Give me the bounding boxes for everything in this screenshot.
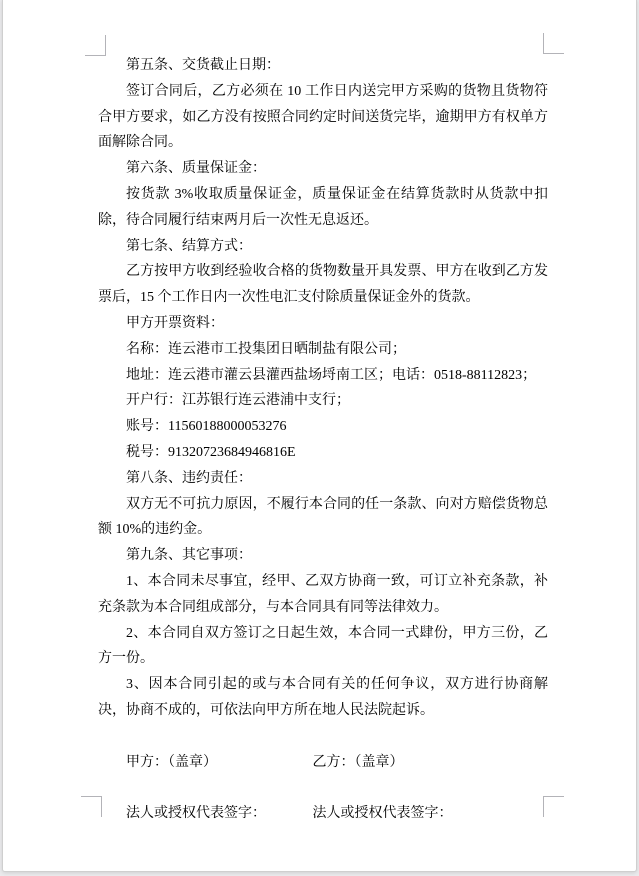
invoice-bank: 开户行：江苏银行连云港浦中支行； <box>98 388 548 414</box>
article-8-body: 双方无不可抗力原因，不履行本合同的任一条款、向对方赔偿货物总额 10%的违约金。 <box>98 492 548 544</box>
article-6-body: 按货款 3%收取质量保证金，质量保证金在结算货款时从货款中扣除，待合同履行结束两… <box>98 182 548 234</box>
contract-body: 第五条、交货截止日期： 签订合同后，乙方必须在 10 工作日内送完甲方采购的货物… <box>98 53 548 827</box>
article-9-item-1: 1、本合同未尽事宜，经甲、乙双方协商一致，可订立补充条款，补充条款为本合同组成部… <box>98 569 548 621</box>
invoice-account-number: 账号：11560188000053276 <box>98 414 548 440</box>
article-9-item-3: 3、因本合同引起的或与本合同有关的任何争议，双方进行协商解决，协商不成的，可依法… <box>98 672 548 724</box>
invoice-info-heading: 甲方开票资料： <box>98 311 548 337</box>
invoice-company-name: 名称：连云港市工投集团日晒制盐有限公司； <box>98 337 548 363</box>
party-a-signature-label: 法人或授权代表签字： <box>126 801 309 827</box>
blank-line <box>98 775 548 801</box>
party-b-signature-label: 法人或授权代表签字： <box>313 801 453 827</box>
article-7-body: 乙方按甲方收到经验收合格的货物数量开具发票、甲方在收到乙方发票后，15 个工作日… <box>98 259 548 311</box>
blank-line <box>98 724 548 750</box>
article-7-heading: 第七条、结算方式： <box>98 234 548 260</box>
crop-mark-top-right-icon <box>543 33 564 54</box>
article-5-heading: 第五条、交货截止日期： <box>98 53 548 79</box>
party-a-stamp-label: 甲方：（盖章） <box>126 750 309 776</box>
article-9-heading: 第九条、其它事项： <box>98 543 548 569</box>
article-9-item-2: 2、本合同自双方签订之日起生效，本合同一式肆份，甲方三份，乙方一份。 <box>98 621 548 673</box>
signature-row: 法人或授权代表签字： 法人或授权代表签字： <box>126 801 548 827</box>
invoice-tax-number: 税号：91320723684946816E <box>98 440 548 466</box>
article-8-heading: 第八条、违约责任： <box>98 466 548 492</box>
invoice-address-phone: 地址：连云港市灌云县灌西盐场埒南工区；电话：0518-88112823； <box>98 363 548 389</box>
document-page: 第五条、交货截止日期： 签订合同后，乙方必须在 10 工作日内送完甲方采购的货物… <box>2 0 637 872</box>
article-5-body: 签订合同后，乙方必须在 10 工作日内送完甲方采购的货物且货物符合甲方要求，如乙… <box>98 79 548 156</box>
party-b-stamp-label: 乙方：（盖章） <box>313 750 404 776</box>
stamp-row: 甲方：（盖章） 乙方：（盖章） <box>126 750 548 776</box>
document-window: 第五条、交货截止日期： 签订合同后，乙方必须在 10 工作日内送完甲方采购的货物… <box>0 0 639 876</box>
article-6-heading: 第六条、质量保证金： <box>98 156 548 182</box>
